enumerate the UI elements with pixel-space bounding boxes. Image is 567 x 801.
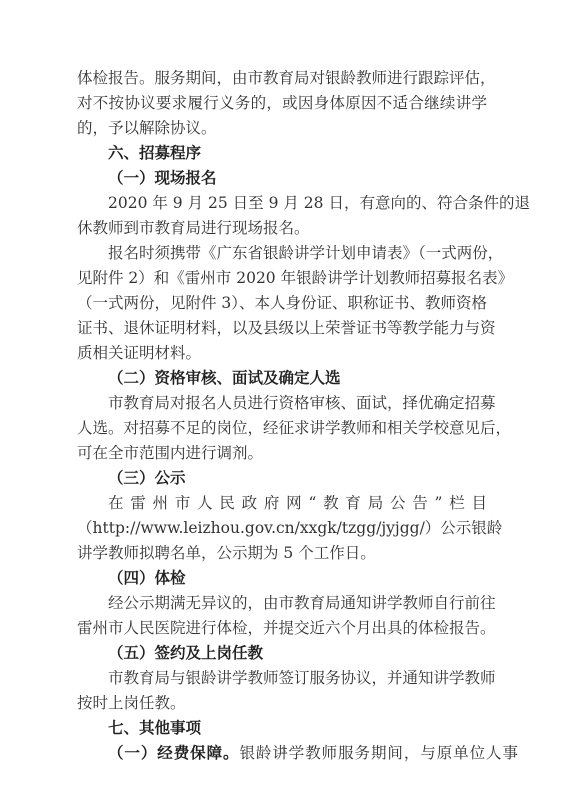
text-line: 休教师到市教育局进行现场报名。 (77, 216, 487, 241)
subsection-heading: （三）公示 (77, 466, 487, 491)
text-line: 质相关证明材料。 (77, 341, 487, 366)
subsection-heading: （二）资格审核、面试及确定人选 (77, 366, 487, 391)
text-line: 报名时须携带《广东省银龄讲学计划申请表》（一式两份， (77, 241, 487, 266)
text-line: 见附件 2）和《雷州市 2020 年银龄讲学计划教师招募报名表》 (77, 266, 487, 291)
text-line: 市教育局对报名人员进行资格审核、面试，择优确定招募 (77, 391, 487, 416)
text-line: 经公示期满无异议的，由市教育局通知讲学教师自行前往 (77, 591, 487, 616)
text-line: （http://www.leizhou.gov.cn/xxgk/tzgg/jyj… (77, 516, 487, 541)
subsection-heading: （四）体检 (77, 566, 487, 591)
text-line: 雷州市人民医院进行体检，并提交近六个月出具的体检报告。 (77, 616, 487, 641)
subsection-heading: （一）现场报名 (77, 166, 487, 191)
text-line: 在雷州市人民政府网“教育局公告”栏目 (77, 491, 487, 516)
section-heading: 六、招募程序 (77, 141, 487, 166)
section-heading: 七、其他事项 (77, 716, 487, 741)
text-line: 市教育局与银龄讲学教师签订服务协议，并通知讲学教师 (77, 666, 487, 691)
text-line: 体检报告。服务期间，由市教育局对银龄教师进行跟踪评估， (77, 66, 487, 91)
text-line: 的，予以解除协议。 (77, 116, 487, 141)
document-page: 体检报告。服务期间，由市教育局对银龄教师进行跟踪评估，对不按协议要求履行义务的，… (0, 0, 567, 801)
text-line: 按时上岗任教。 (77, 691, 487, 716)
text-line: 可在全市范围内进行调剂。 (77, 441, 487, 466)
text-line: 证书、退休证明材料，以及县级以上荣誉证书等教学能力与资 (77, 316, 487, 341)
text-line: 人选。对招募不足的岗位，经征求讲学教师和相关学校意见后， (77, 416, 487, 441)
document-body: 体检报告。服务期间，由市教育局对银龄教师进行跟踪评估，对不按协议要求履行义务的，… (77, 66, 487, 741)
text-line: 讲学教师拟聘名单，公示期为 5 个工作日。 (77, 541, 487, 566)
text-line: 2020 年 9 月 25 日至 9 月 28 日，有意向的、符合条件的退 (77, 191, 487, 216)
text-line: 对不按协议要求履行义务的，或因身体原因不适合继续讲学 (77, 91, 487, 116)
page-number: - 3 - (0, 746, 567, 755)
subsection-heading: （五）签约及上岗任教 (77, 641, 487, 666)
text-line: （一式两份，见附件 3）、本人身份证、职称证书、教师资格 (77, 291, 487, 316)
